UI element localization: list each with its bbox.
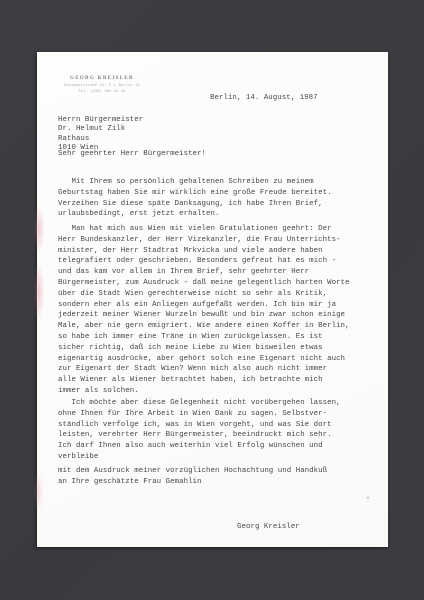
signature-name: Georg Kreisler: [237, 522, 300, 533]
recipient-address: Herrn Bürgermeister Dr. Helmut Zilk Rath…: [58, 116, 143, 153]
letter-page: GEORG KREISLER Eosanderstraße 15, D-1 Be…: [37, 52, 388, 547]
pink-smudge-2: [34, 262, 44, 322]
body-paragraph-3: Ich möchte aber diese Gelegenheit nicht …: [58, 398, 341, 463]
letterhead-phone: Tel. (030) 302 34 26: [62, 90, 142, 94]
salutation: Sehr geehrter Herr Bürgermeister!: [58, 149, 206, 160]
letterhead: GEORG KREISLER Eosanderstraße 15, D-1 Be…: [62, 76, 142, 94]
pink-smudge-3: [34, 472, 43, 512]
body-paragraph-2: Man hat mich aus Wien mit vielen Gratula…: [58, 224, 350, 397]
pink-smudge-1: [34, 204, 44, 254]
letterhead-name: GEORG KREISLER: [62, 76, 142, 81]
scan-background: GEORG KREISLER Eosanderstraße 15, D-1 Be…: [0, 0, 424, 600]
dateline: Berlin, 14. August, 1987: [210, 93, 318, 104]
plus-registration-mark: +: [366, 495, 370, 502]
closing-formula: mit dem Ausdruck meiner vorzüglichen Hoc…: [58, 466, 327, 488]
body-paragraph-1: Mit Ihrem so persönlich gehaltenen Schre…: [58, 177, 332, 220]
letterhead-address: Eosanderstraße 15, D-1 Berlin 19: [62, 84, 142, 88]
